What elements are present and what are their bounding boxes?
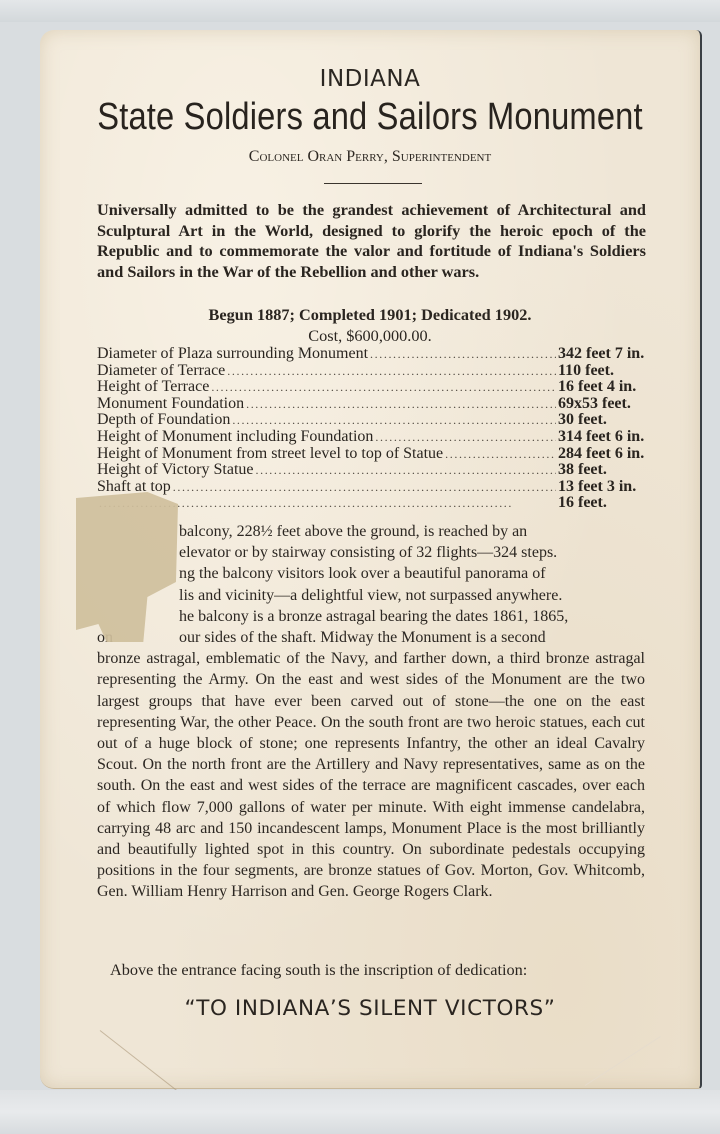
body-line: lis and vicinity—a delightful view, not … bbox=[97, 585, 645, 606]
spec-value: 110 feet. bbox=[558, 363, 650, 380]
intro-paragraph: Universally admitted to be the grandest … bbox=[97, 200, 646, 282]
spec-value: 69x53 feet. bbox=[558, 396, 650, 413]
divider-rule bbox=[324, 183, 422, 184]
spec-label: Depth of Foundation bbox=[97, 412, 230, 429]
spec-label: Height of Victory Statue bbox=[97, 462, 254, 479]
scanner-background-bottom bbox=[0, 1090, 720, 1134]
spec-label: Height of Terrace bbox=[97, 379, 209, 396]
body-line: elevator or by stairway consisting of 32… bbox=[97, 542, 645, 563]
spec-value: 314 feet 6 in. bbox=[558, 429, 650, 446]
leader-dots: ........................................… bbox=[370, 346, 556, 363]
spec-label: Diameter of Terrace bbox=[97, 363, 225, 380]
body-line: balcony, 228½ feet above the ground, is … bbox=[97, 521, 645, 542]
leader-dots: ........................................… bbox=[173, 479, 556, 496]
leader-dots: ........................................… bbox=[211, 379, 556, 396]
body-paragraph: bronze astragal, emblematic of the Navy,… bbox=[97, 648, 645, 902]
leader-dots: ........................................… bbox=[246, 396, 556, 413]
spec-value: 342 feet 7 in. bbox=[558, 346, 650, 363]
heading-state: INDIANA bbox=[40, 66, 700, 92]
leader-dots: ........................................… bbox=[232, 412, 556, 429]
leader-dots: ........................................… bbox=[375, 429, 556, 446]
spec-row: Diameter of Terrace ....................… bbox=[97, 363, 650, 380]
spec-label: Diameter of Plaza surrounding Monument bbox=[97, 346, 368, 363]
spec-table: Diameter of Plaza surrounding Monument .… bbox=[97, 346, 650, 512]
inscription: “TO INDIANA’S SILENT VICTORS” bbox=[40, 996, 700, 1021]
spec-row: Diameter of Plaza surrounding Monument .… bbox=[97, 346, 650, 363]
scanner-background-top bbox=[0, 0, 720, 22]
leader-dots: ........................................… bbox=[445, 446, 556, 463]
spec-value: 38 feet. bbox=[558, 462, 650, 479]
spec-value: 16 feet 4 in. bbox=[558, 379, 650, 396]
dates-line: Begun 1887; Completed 1901; Dedicated 19… bbox=[40, 305, 700, 325]
spec-label: Height of Monument from street level to … bbox=[97, 446, 443, 463]
dedication-lead: Above the entrance facing south is the i… bbox=[110, 960, 670, 980]
superintendent-line: Colonel Oran Perry, Superintendent bbox=[40, 148, 700, 166]
spec-row: Height of Monument from street level to … bbox=[97, 446, 650, 463]
heading-monument: State Soldiers and Sailors Monument bbox=[86, 96, 654, 139]
spec-label: Height of Monument including Foundation bbox=[97, 429, 373, 446]
paper-crease bbox=[585, 1036, 661, 1086]
leader-dots: ........................................… bbox=[256, 462, 557, 479]
spec-value: 13 feet 3 in. bbox=[558, 479, 650, 496]
spec-row: Monument Foundation ....................… bbox=[97, 396, 650, 413]
spec-label: Monument Foundation bbox=[97, 396, 244, 413]
body-line-rest: our sides of the shaft. Midway the Monum… bbox=[179, 627, 546, 648]
spec-value: 30 feet. bbox=[558, 412, 650, 429]
spec-row: ........................................… bbox=[97, 495, 650, 512]
body-line: on our sides of the shaft. Midway the Mo… bbox=[97, 627, 645, 648]
spec-value: 16 feet. bbox=[558, 495, 650, 512]
spec-row: Height of Victory Statue ...............… bbox=[97, 462, 650, 479]
spec-label: Shaft at top bbox=[97, 479, 171, 496]
spec-row: Shaft at top ...........................… bbox=[97, 479, 650, 496]
cost-line: Cost, $600,000.00. bbox=[40, 326, 700, 346]
description-body: balcony, 228½ feet above the ground, is … bbox=[97, 521, 645, 903]
leader-dots: ........................................… bbox=[227, 363, 556, 380]
body-line: ng the balcony visitors look over a beau… bbox=[97, 563, 645, 584]
spec-value: 284 feet 6 in. bbox=[558, 446, 650, 463]
spec-row: Depth of Foundation ....................… bbox=[97, 412, 650, 429]
spec-row: Height of Terrace ......................… bbox=[97, 379, 650, 396]
spec-row: Height of Monument including Foundation … bbox=[97, 429, 650, 446]
body-line: he balcony is a bronze astragal bearing … bbox=[97, 606, 645, 627]
postcard: INDIANA State Soldiers and Sailors Monum… bbox=[40, 30, 702, 1089]
